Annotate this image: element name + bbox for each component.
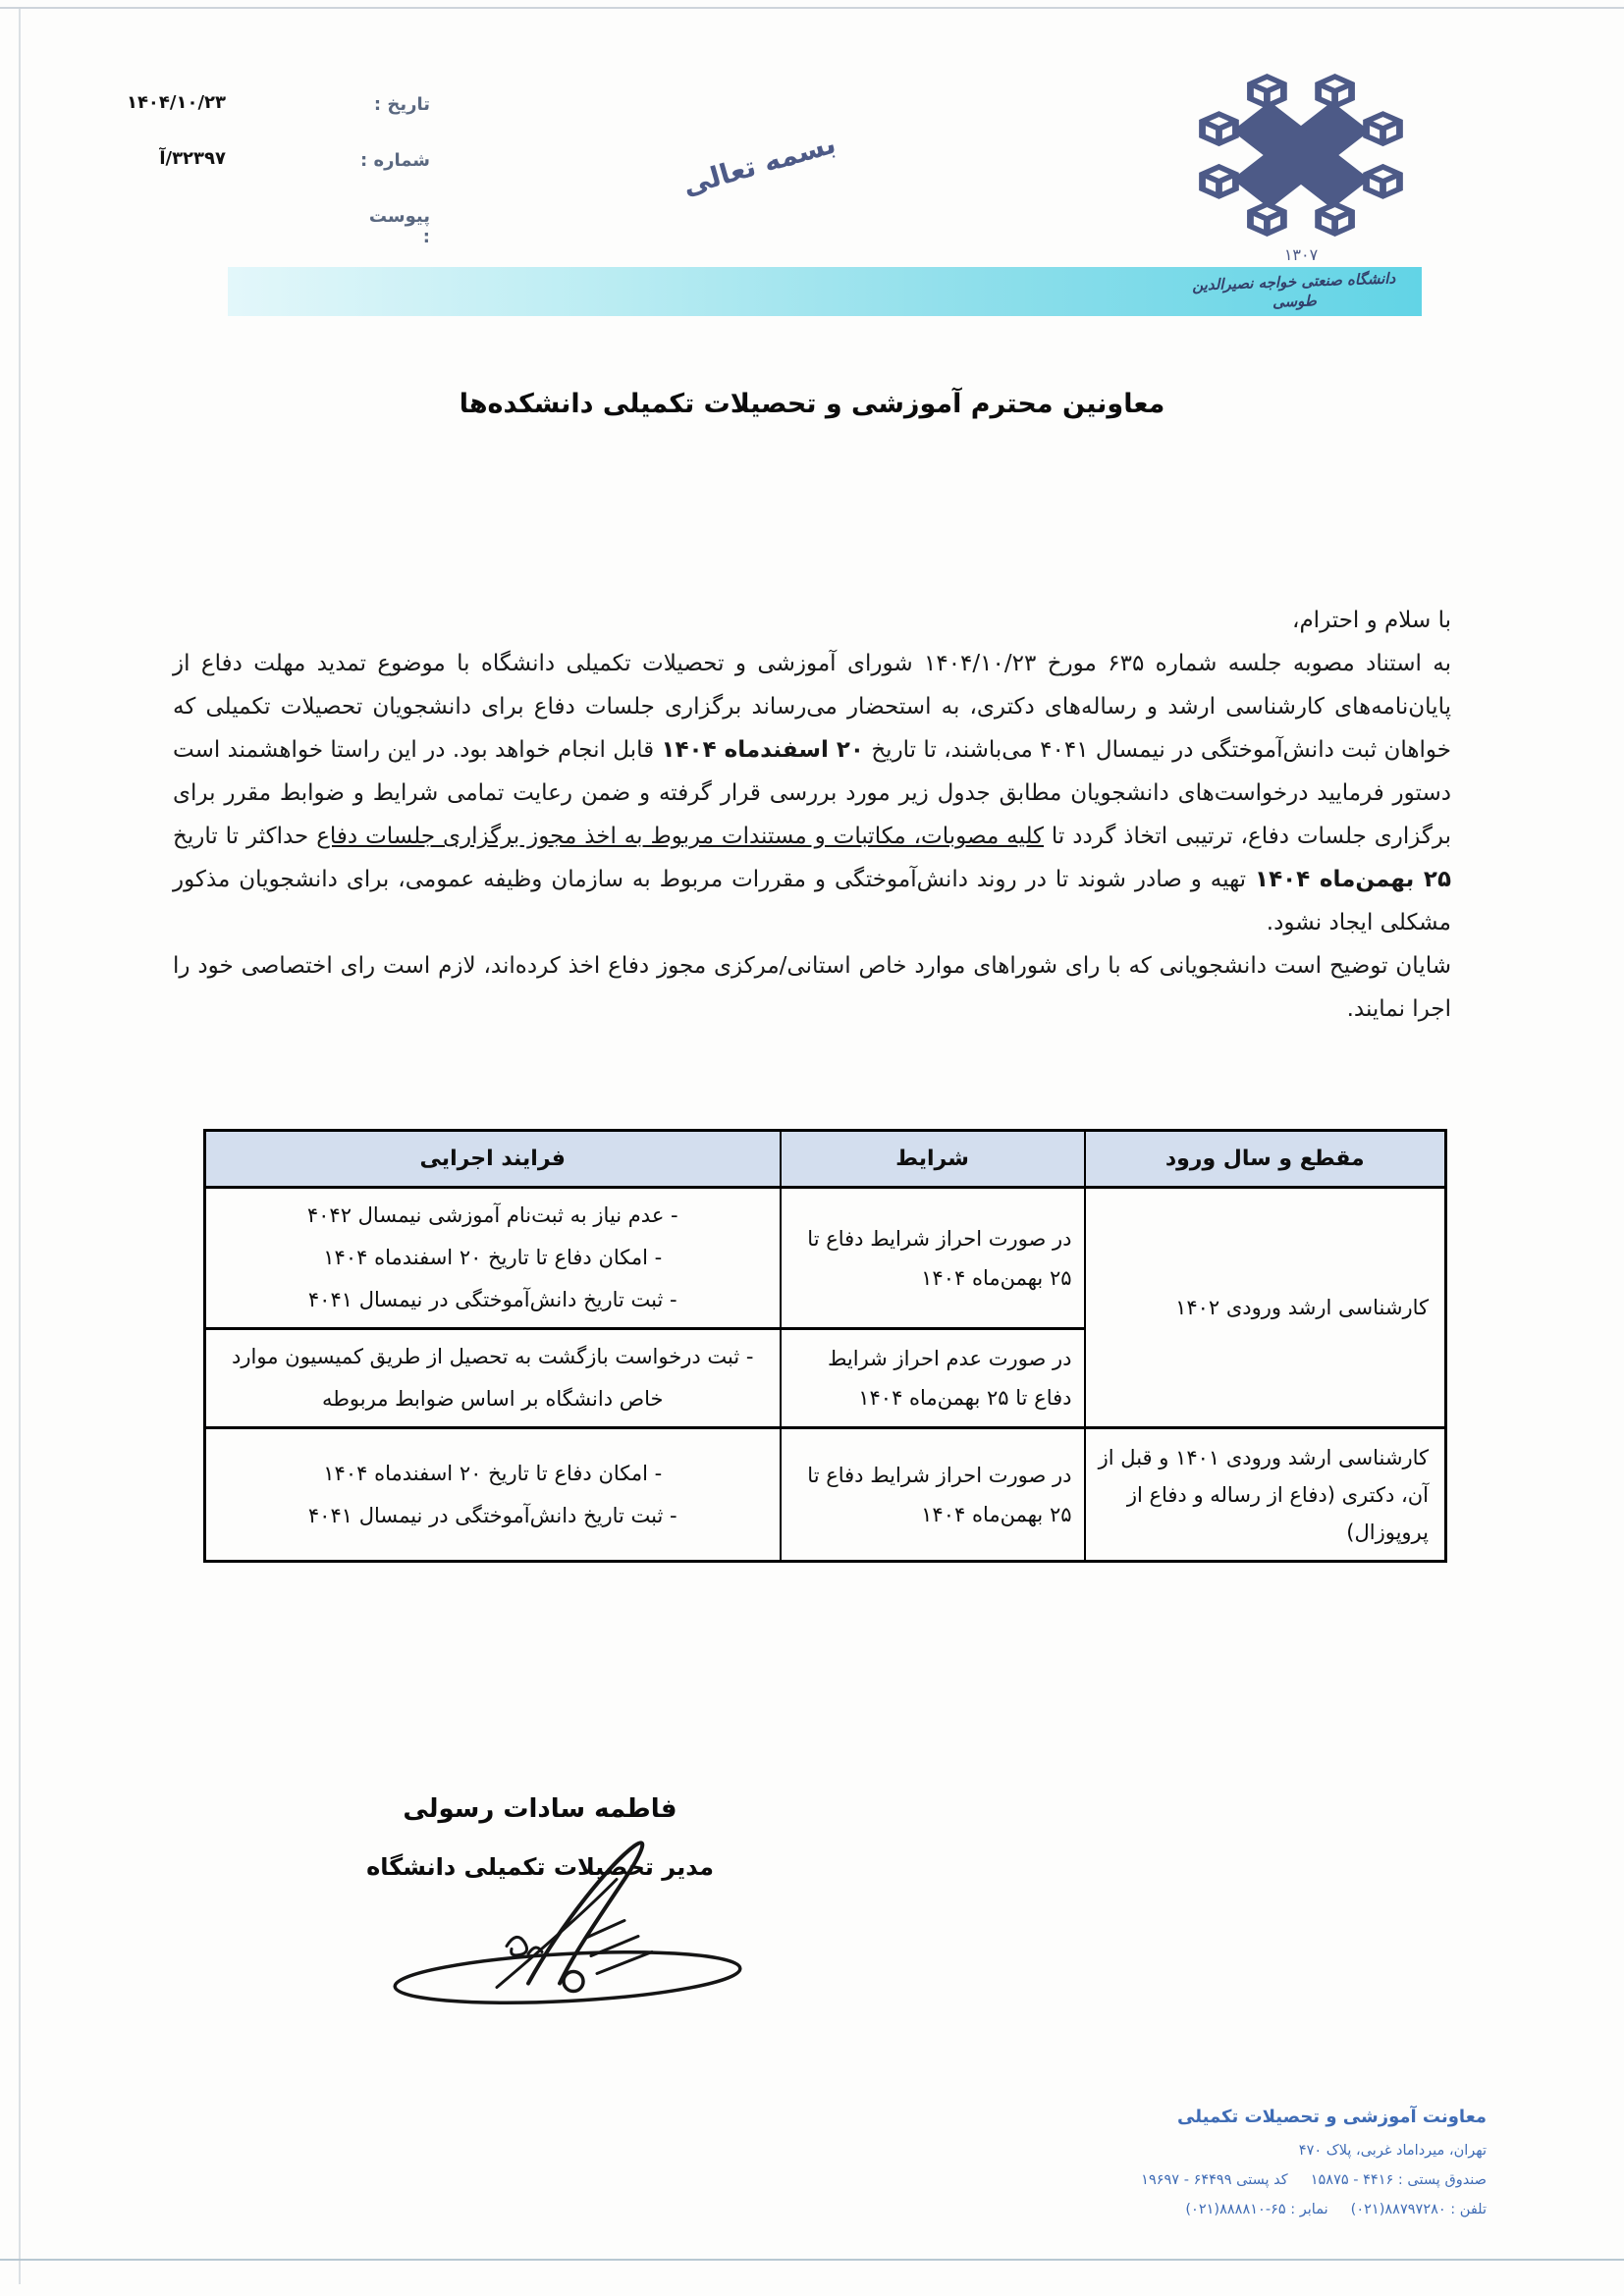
process-item: - امکان دفاع تا تاریخ ۲۰ اسفندماه ۱۴۰۴ xyxy=(216,1453,770,1495)
process-item: - ثبت تاریخ دانش‌آموختگی در نیمسال ۴۰۴۱ xyxy=(216,1495,770,1537)
body-paragraph-2: شایان توضیح است دانشجویانی که با رای شور… xyxy=(173,944,1451,1031)
university-logo: ۱۳۰۷ xyxy=(1188,69,1414,264)
process-item: - امکان دفاع تا تاریخ ۲۰ اسفندماه ۱۴۰۴ xyxy=(216,1237,770,1279)
letterhead-band: دانشگاه صنعتی خواجه نصیرالدین طوسی xyxy=(228,267,1422,316)
footer-postal: صندوق پستی : ۴۴۱۶ - ۱۵۸۷۵ کد پستی ۶۴۴۹۹ … xyxy=(1141,2165,1487,2195)
letter-page: تاریخ : ۱۴۰۴/۱۰/۲۳ شماره : ۳۲۳۹۷/آ پیوست… xyxy=(0,0,1624,2296)
cell-conditions-met: در صورت احراز شرایط دفاع تا ۲۵ بهمن‌ماه … xyxy=(781,1428,1085,1562)
letter-body: با سلام و احترام، به استناد مصوبه جلسه ش… xyxy=(173,599,1451,1031)
table-header-row: مقطع و سال ورود شرایط فرایند اجرایی xyxy=(205,1131,1446,1188)
letter-title: معاونین محترم آموزشی و تحصیلات تکمیلی دا… xyxy=(0,389,1624,419)
date-value: ۱۴۰۴/۱۰/۲۳ xyxy=(29,92,226,113)
cell-level-1401-phd: کارشناسی ارشد ورودی ۱۴۰۱ و قبل از آن، دک… xyxy=(1085,1428,1446,1562)
cell-level-1402: کارشناسی ارشد ورودی ۱۴۰۲ xyxy=(1085,1188,1446,1428)
date-label: تاریخ : xyxy=(357,94,430,115)
scan-edge-top xyxy=(0,7,1624,9)
defense-schedule-table: مقطع و سال ورود شرایط فرایند اجرایی کارش… xyxy=(203,1129,1447,1563)
table-row: کارشناسی ارشد ورودی ۱۴۰۲ در صورت احراز ش… xyxy=(205,1188,1446,1329)
number-value: ۳۲۳۹۷/آ xyxy=(29,148,226,169)
signature-image xyxy=(381,1826,754,2017)
salutation: با سلام و احترام، xyxy=(173,599,1451,642)
header-conditions: شرایط xyxy=(781,1131,1085,1188)
process-item: - عدم نیاز به ثبت‌نام آموزشی نیمسال ۴۰۴۲ xyxy=(216,1195,770,1237)
table-row: کارشناسی ارشد ورودی ۱۴۰۱ و قبل از آن، دک… xyxy=(205,1428,1446,1562)
scan-edge-bottom xyxy=(0,2259,1624,2261)
footer-block: معاونت آموزشی و تحصیلات تکمیلی تهران، می… xyxy=(1141,2107,1487,2224)
founding-year: ۱۳۰۷ xyxy=(1188,245,1414,264)
cell-process-list: - امکان دفاع تا تاریخ ۲۰ اسفندماه ۱۴۰۴ -… xyxy=(205,1428,781,1562)
besmellah-calligraphy: بسمه تعالی xyxy=(664,89,854,240)
header-executive-process: فرایند اجرایی xyxy=(205,1131,781,1188)
footer-phones: تلفن : ۸۸۷۹۷۲۸۰(۰۲۱) نمابر : ۶۵-۸۸۸۸۱۰(۰… xyxy=(1141,2195,1487,2224)
body-paragraph-1: به استناد مصوبه جلسه شماره ۶۳۵ مورخ ۱۴۰۴… xyxy=(173,642,1451,944)
header-level-entry-year: مقطع و سال ورود xyxy=(1085,1131,1446,1188)
attachment-label: پیوست : xyxy=(357,206,430,247)
footer-department: معاونت آموزشی و تحصیلات تکمیلی xyxy=(1141,2107,1487,2127)
number-label: شماره : xyxy=(357,150,430,171)
footer-address: تهران، میرداماد غربی، پلاک ۴۷۰ xyxy=(1141,2136,1487,2165)
logo-center-knot xyxy=(1232,101,1370,208)
signature-name: فاطمه سادات رسولی xyxy=(324,1794,756,1824)
process-item: - ثبت تاریخ دانش‌آموختگی در نیمسال ۴۰۴۱ xyxy=(216,1279,770,1321)
cell-conditions-met: در صورت احراز شرایط دفاع تا ۲۵ بهمن‌ماه … xyxy=(781,1188,1085,1329)
cell-process-list: - عدم نیاز به ثبت‌نام آموزشی نیمسال ۴۰۴۲… xyxy=(205,1188,781,1329)
scan-edge-left xyxy=(19,7,21,2284)
cell-process-list: - ثبت درخواست بازگشت به تحصیل از طریق کم… xyxy=(205,1329,781,1428)
university-name: دانشگاه صنعتی خواجه نصیرالدین طوسی xyxy=(1177,268,1410,315)
process-item: - ثبت درخواست بازگشت به تحصیل از طریق کم… xyxy=(216,1336,770,1420)
cell-conditions-not-met: در صورت عدم احراز شرایط دفاع تا ۲۵ بهمن‌… xyxy=(781,1329,1085,1428)
university-logo-icon xyxy=(1190,69,1412,241)
